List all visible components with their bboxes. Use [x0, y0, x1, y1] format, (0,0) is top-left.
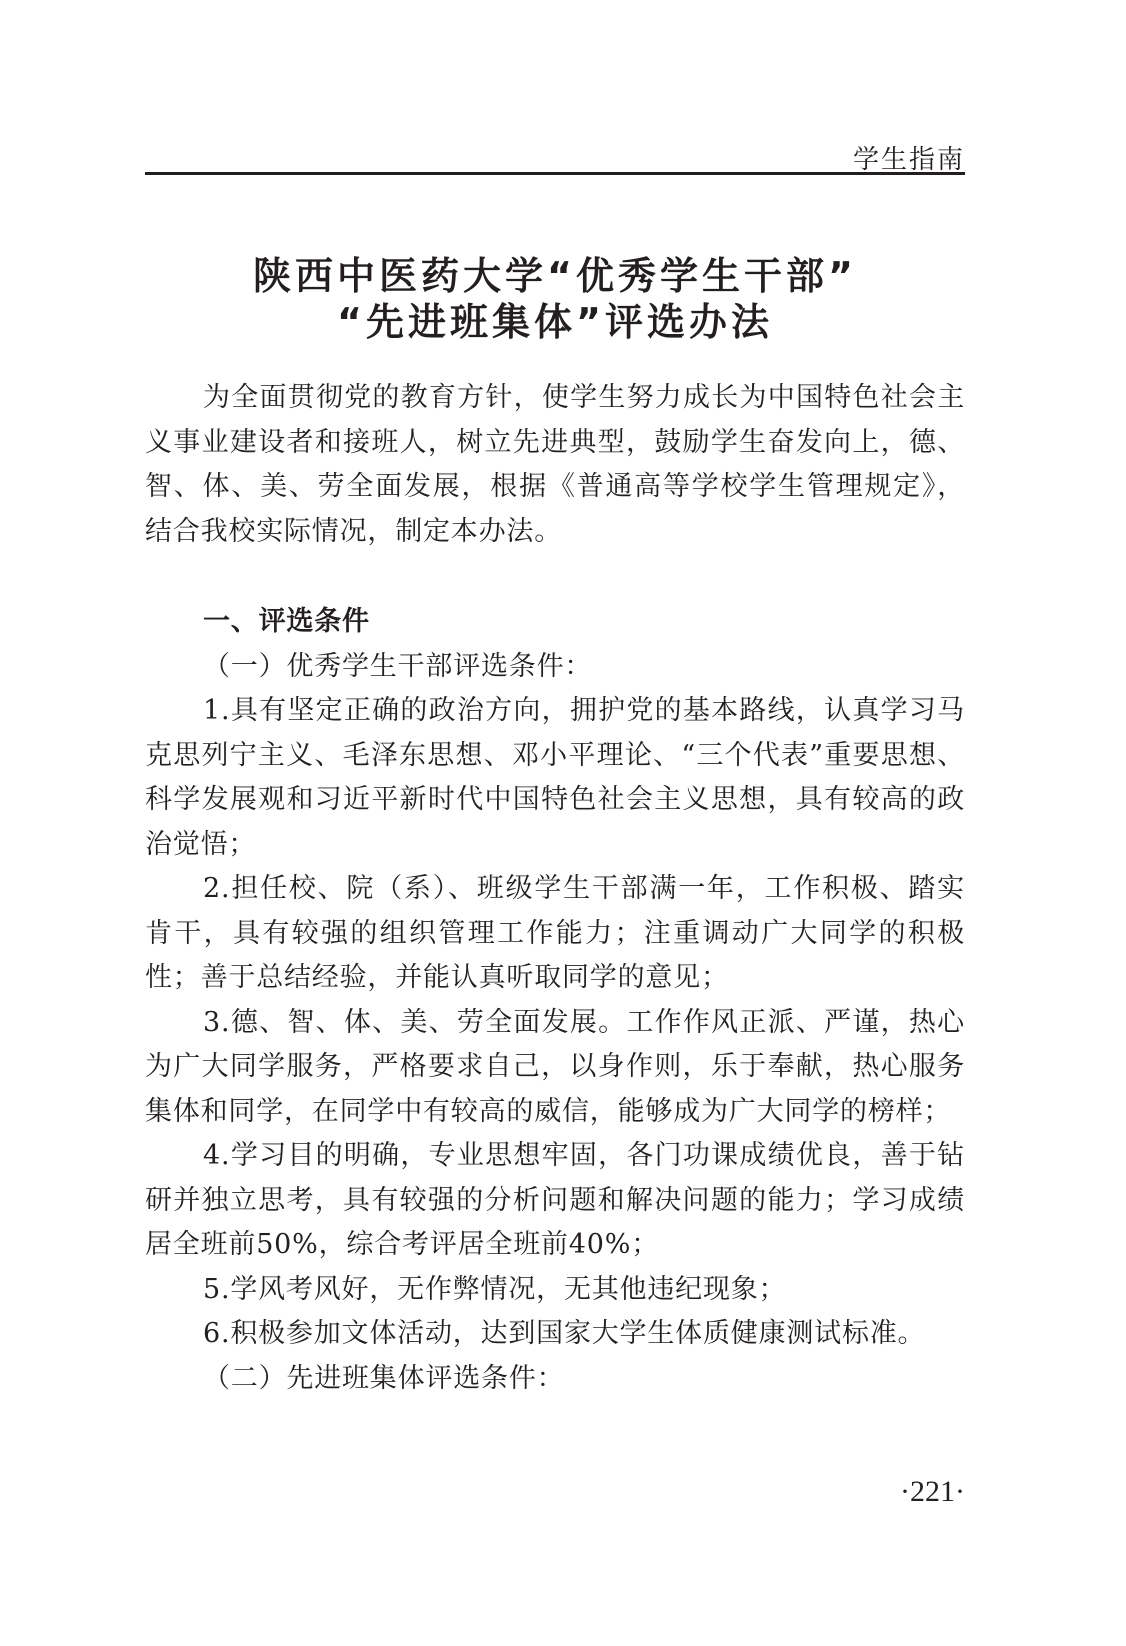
intro-paragraph: 为全面贯彻党的教育方针，使学生努力成长为中国特色社会主义事业建设者和接班人，树立…: [145, 376, 965, 554]
document-page: 学生指南 陕西中医药大学“优秀学生干部” “先进班集体”评选办法 为全面贯彻党的…: [0, 0, 1126, 1646]
title-line-2: “先进班集体”评选办法: [145, 299, 965, 345]
page-number: ·221·: [880, 1474, 965, 1510]
criteria-item: 3.德、智、体、美、劳全面发展。工作作风正派、严谨，热心为广大同学服务，严格要求…: [145, 1001, 965, 1135]
criteria-item: 6.积极参加文体活动，达到国家大学生体质健康测试标准。: [145, 1312, 965, 1357]
criteria-item: 1.具有坚定正确的政治方向，拥护党的基本路线，认真学习马克思列宁主义、毛泽东思想…: [145, 689, 965, 867]
header-rule: [145, 172, 965, 175]
criteria-item: 2.担任校、院（系）、班级学生干部满一年，工作积极、踏实肯干，具有较强的组织管理…: [145, 867, 965, 1001]
intro-section: 为全面贯彻党的教育方针，使学生努力成长为中国特色社会主义事业建设者和接班人，树立…: [145, 376, 965, 554]
subsection-heading-cadre: （一）优秀学生干部评选条件：: [145, 645, 965, 690]
section-heading: 一、评选条件: [145, 600, 965, 645]
title-line-1: 陕西中医药大学“优秀学生干部”: [145, 253, 965, 299]
criteria-item: 5.学风考风好，无作弊情况，无其他违纪现象；: [145, 1268, 965, 1313]
subsection-heading-class: （二）先进班集体评选条件：: [145, 1357, 965, 1402]
criteria-item: 4.学习目的明确，专业思想牢固，各门功课成绩优良，善于钻研并独立思考，具有较强的…: [145, 1134, 965, 1268]
document-title: 陕西中医药大学“优秀学生干部” “先进班集体”评选办法: [145, 253, 965, 345]
criteria-section: 一、评选条件 （一）优秀学生干部评选条件： 1.具有坚定正确的政治方向，拥护党的…: [145, 600, 965, 1401]
